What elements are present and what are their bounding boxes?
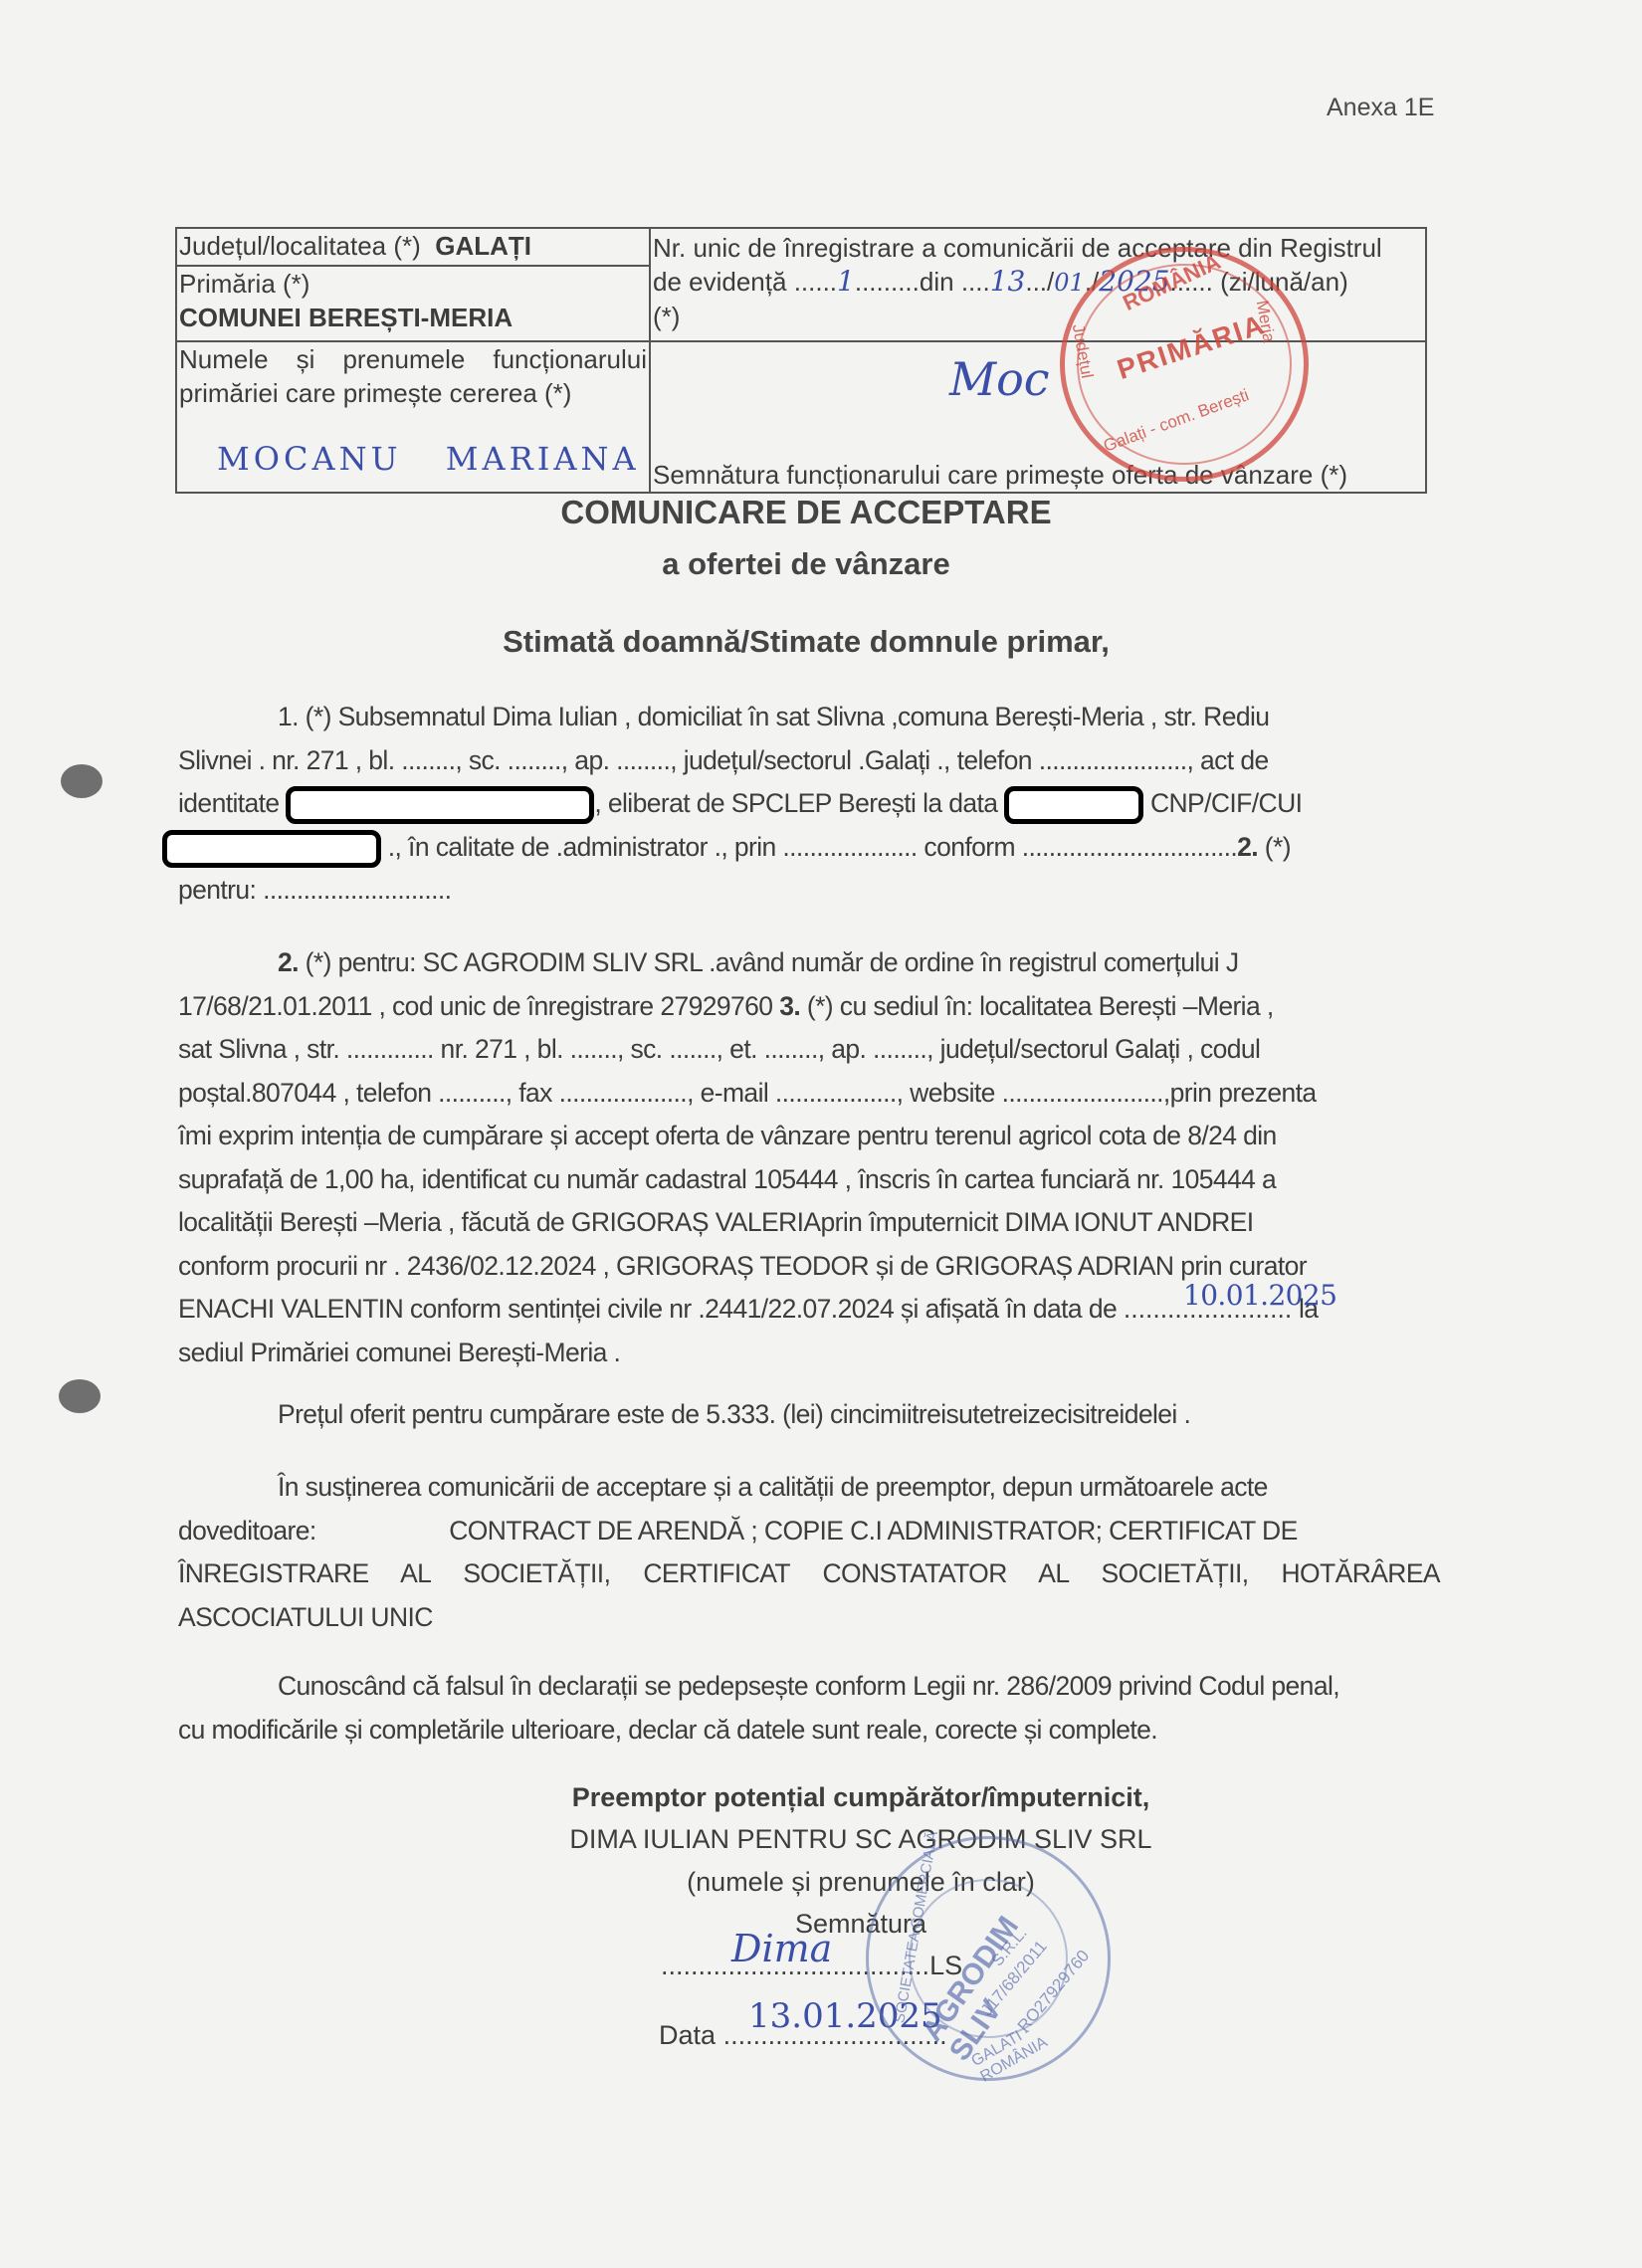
stamp-center-text: PRIMĂRIA <box>1114 309 1270 386</box>
company-stamp-ring: SOCIETATEA COMERCIALĂ <box>891 1830 941 2024</box>
county-label: Județul/localitatea (*) <box>179 231 421 261</box>
town-hall-cell: Primăria (*) COMUNEI BEREȘTI-MERIA <box>176 266 650 341</box>
punch-hole-top <box>61 764 103 798</box>
official-label-2: primăriei care primește cererea (*) <box>179 376 647 410</box>
registration-label-3: (*) <box>653 300 1423 333</box>
redacted-cnp <box>162 830 381 868</box>
declaration-line2: cu modificările și completările ulterioa… <box>178 1709 1440 1753</box>
company-stamp-reg: J17/68/2011 <box>977 1937 1052 2020</box>
registration-month: 01 <box>1054 269 1085 297</box>
section2-line7: localității Berești –Meria , făcută de G… <box>178 1201 1440 1245</box>
registration-line-2: de evidență ......1.........din ....13..… <box>653 265 1423 300</box>
town-hall-label: Primăria (*) <box>179 267 647 301</box>
price-line: Prețul oferit pentru cumpărare este de 5… <box>178 1393 1440 1437</box>
signature-cell: Moc Semnătura funcționarului care primeș… <box>650 341 1426 493</box>
punch-hole-bottom <box>59 1379 101 1413</box>
registration-number: 1 <box>837 265 855 298</box>
section-1: 1. (*) Subsemnatul Dima Iulian , domicil… <box>178 696 1440 913</box>
section2-line10: sediul Primăriei comunei Berești-Meria . <box>178 1332 1440 1375</box>
declaration-line1: Cunoscând că falsul în declarații se ped… <box>178 1665 1440 1709</box>
signer-name: DIMA IULIAN PENTRU SC AGRODIM SLIV SRL <box>438 1824 1284 1855</box>
official-cell: Numele și prenumele funcționarului primă… <box>176 341 650 493</box>
buyer-signature: Dima <box>731 1927 832 1970</box>
annex-label: Anexa 1E <box>1327 94 1434 122</box>
registration-label-1: Nr. unic de înregistrare a comunicării d… <box>653 231 1423 265</box>
registration-day: 13 <box>990 265 1026 298</box>
section1-line3: identitate , eliberat de SPCLEP Berești … <box>178 782 1440 826</box>
section2-line2: 17/68/21.01.2011 , cod unic de înregistr… <box>178 985 1440 1029</box>
company-stamp-type: S.R.L. <box>989 1925 1031 1970</box>
documents-line2: doveditoare: CONTRACT DE ARENDĂ ; COPIE … <box>178 1510 1440 1553</box>
document-title: COMUNICARE DE ACCEPTARE <box>0 494 1612 531</box>
registration-cell: Nr. unic de înregistrare a comunicării d… <box>650 228 1426 341</box>
signature-label: Semnătura <box>438 1909 1284 1940</box>
section-2: 2. (*) pentru: SC AGRODIM SLIV SRL .avân… <box>178 941 1440 1374</box>
section2-line9: ENACHI VALENTIN conform sentinței civile… <box>178 1288 1440 1332</box>
salutation: Stimată doamnă/Stimate domnule primar, <box>0 624 1612 660</box>
document-subtitle: a ofertei de vânzare <box>0 546 1612 582</box>
signer-name-hint: (numele și prenumele în clar) <box>438 1867 1284 1898</box>
display-date: 10.01.2025 <box>1183 1274 1336 1318</box>
stamp-ring-top: ROMÂNIA <box>1119 249 1224 316</box>
section1-line5: pentru: ............................ <box>178 869 1440 913</box>
section1-line4: ., în calitate de .administrator ., prin… <box>162 826 1440 870</box>
section2-line5: îmi exprim intenția de cumpărare și acce… <box>178 1115 1440 1158</box>
documents-line4: ASCOCIATULUI UNIC <box>178 1596 1440 1640</box>
documents-section: În susținerea comunicării de acceptare ș… <box>178 1466 1440 1639</box>
section2-line6: suprafață de 1,00 ha, identificat cu num… <box>178 1158 1440 1202</box>
company-stamp-bottom: GALATI - ROMÂNIA <box>968 1985 1107 2086</box>
section2-line4: poștal.807044 , telefon .........., fax … <box>178 1072 1440 1116</box>
official-label-1: Numele și prenumele funcționarului <box>179 342 647 376</box>
redacted-issue-date <box>1004 786 1143 824</box>
company-stamp: AGRODIM SLIV SOCIETATEA COMERCIALĂ S.R.L… <box>866 1836 1111 2081</box>
county-value: GALAȚI <box>435 231 531 261</box>
section2-line1: 2. (*) pentru: SC AGRODIM SLIV SRL .avân… <box>178 941 1440 985</box>
section2-line3: sat Slivna , str. ............. nr. 271 … <box>178 1028 1440 1072</box>
signer-role: Preemptor potențial cumpărător/împuterni… <box>438 1782 1284 1813</box>
stamp-ring-right: Meria <box>1252 299 1279 343</box>
official-name: MOCANU MARIANA <box>217 442 640 476</box>
stamp-ring-bottom: Galați - com. Berești <box>1101 385 1252 456</box>
declaration: Cunoscând că falsul în declarații se ped… <box>178 1665 1440 1752</box>
documents-line3: ÎNREGISTRARE AL SOCIETĂȚII, CERTIFICAT C… <box>178 1552 1440 1596</box>
town-hall-value: COMUNEI BEREȘTI-MERIA <box>179 301 647 334</box>
official-signature: Moc <box>949 362 1050 396</box>
documents-line1: În susținerea comunicării de acceptare ș… <box>178 1466 1440 1510</box>
town-hall-stamp: PRIMĂRIA ROMÂNIA Județul Galați - com. B… <box>1060 247 1309 482</box>
county-cell: Județul/localitatea (*) GALAȚI <box>176 228 650 266</box>
stamp-ring-left: Județul <box>1068 322 1097 379</box>
redacted-id-number <box>286 786 594 824</box>
section1-line2: Slivnei . nr. 271 , bl. ........, sc. ..… <box>178 739 1440 783</box>
section1-line1: 1. (*) Subsemnatul Dima Iulian , domicil… <box>178 696 1440 739</box>
